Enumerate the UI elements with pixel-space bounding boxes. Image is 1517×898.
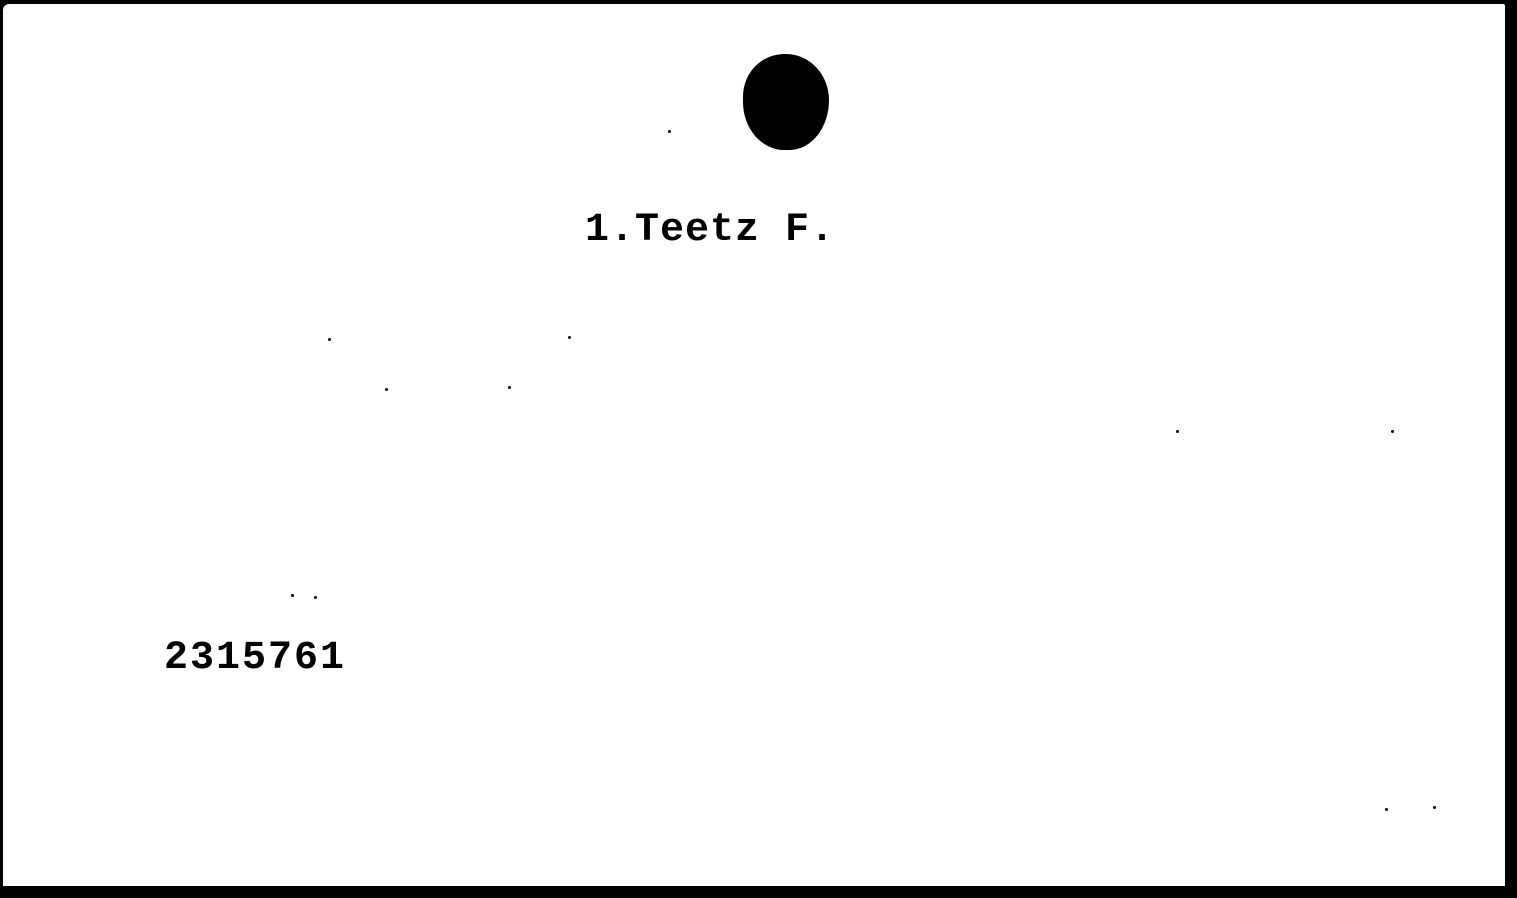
punched-hole-icon [743,54,829,150]
scan-speck [668,130,671,133]
scan-speck [568,336,571,339]
scan-speck [1385,808,1388,811]
scan-speck [314,596,317,599]
scan-speck [328,338,331,341]
scan-speck [1433,806,1436,809]
scan-speck [385,388,388,391]
entry-name: 1.Teetz F. [585,207,835,255]
scan-speck [291,594,294,597]
scan-speck [508,386,511,389]
card-number: 2315761 [164,635,346,683]
scan-speck [1176,430,1179,433]
index-card: 1.Teetz F. 2315761 [3,4,1505,892]
scan-bottom-edge [0,886,1517,898]
scan-speck [1391,430,1394,433]
scanned-card-image: 1.Teetz F. 2315761 [0,0,1517,898]
